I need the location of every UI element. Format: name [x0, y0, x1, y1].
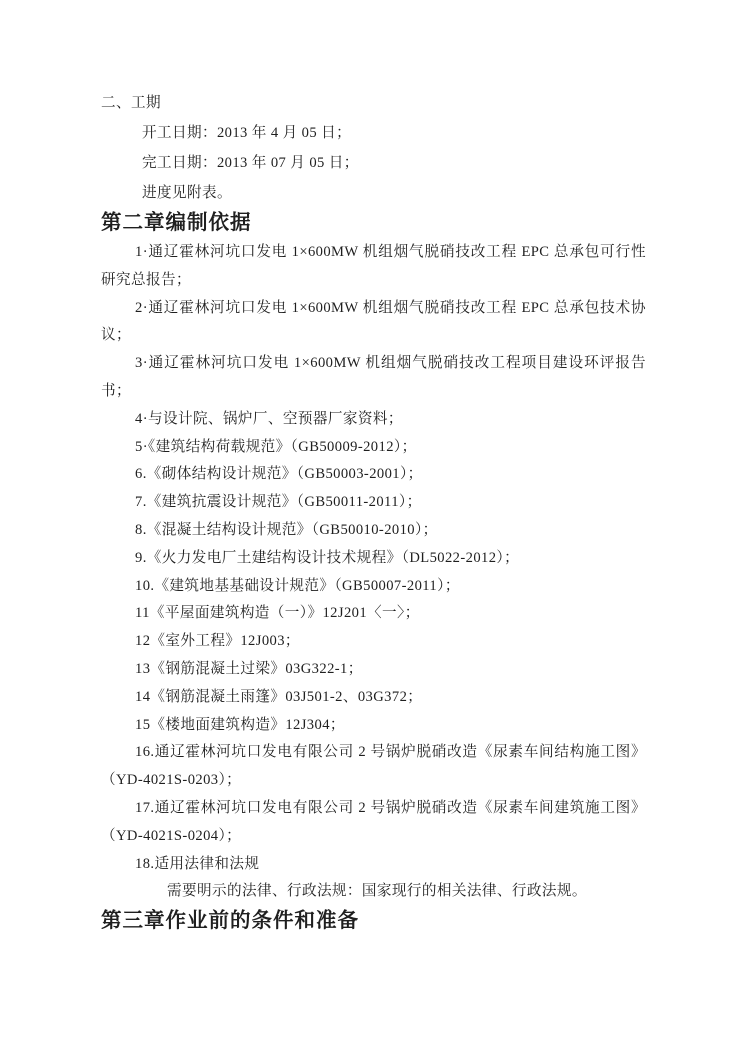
list-item: 8.《混凝土结构设计规范》（GB50010-2010）；	[101, 517, 646, 545]
list-item: 18.适用法律和法规	[101, 851, 646, 879]
list-item: 5·《建筑结构荷载规范》（GB50009-2012）；	[101, 434, 646, 462]
list-item: 3·通辽霍林河坑口发电 1×600MW 机组烟气脱硝技改工程项目建设环评报告书；	[101, 350, 646, 406]
body-line: 开工日期：2013 年 4 月 05 日；	[101, 118, 646, 148]
list-item: 15《楼地面建筑构造》12J304；	[101, 712, 646, 740]
body-line: 完工日期：2013 年 07 月 05 日；	[101, 148, 646, 178]
list-item: 4·与设计院、锅炉厂、空预器厂家资料；	[101, 406, 646, 434]
list-item: 11《平屋面建筑构造（一）》12J201〈一〉；	[101, 600, 646, 628]
list-item: 2·通辽霍林河坑口发电 1×600MW 机组烟气脱硝技改工程 EPC 总承包技术…	[101, 295, 646, 351]
list-item: 1·通辽霍林河坑口发电 1×600MW 机组烟气脱硝技改工程 EPC 总承包可行…	[101, 239, 646, 295]
list-item: 6.《砌体结构设计规范》（GB50003-2001）；	[101, 461, 646, 489]
document-body: 二、工期开工日期：2013 年 4 月 05 日；完工日期：2013 年 07 …	[101, 88, 646, 937]
list-item: 9.《火力发电厂土建结构设计技术规程》（DL5022-2012）；	[101, 545, 646, 573]
list-item: 10.《建筑地基基础设计规范》（GB50007-2011）；	[101, 573, 646, 601]
list-item: 17.通辽霍林河坑口发电有限公司 2 号锅炉脱硝改造《尿素车间建筑施工图》（YD…	[101, 795, 646, 851]
body-line: 进度见附表。	[101, 178, 646, 208]
chapter-heading: 第二章编制依据	[101, 208, 646, 239]
sub-note: 需要明示的法律、行政法规：国家现行的相关法律、行政法规。	[101, 878, 646, 906]
section-label: 二、工期	[101, 88, 646, 118]
list-item: 14《钢筋混凝土雨篷》03J501-2、03G372；	[101, 684, 646, 712]
list-item: 12《室外工程》12J003；	[101, 628, 646, 656]
list-item: 16.通辽霍林河坑口发电有限公司 2 号锅炉脱硝改造《尿素车间结构施工图》（YD…	[101, 739, 646, 795]
list-item: 13《钢筋混凝土过梁》03G322-1；	[101, 656, 646, 684]
list-item: 7.《建筑抗震设计规范》（GB50011-2011）；	[101, 489, 646, 517]
chapter-heading: 第三章作业前的条件和准备	[101, 906, 646, 937]
document-page: 二、工期开工日期：2013 年 4 月 05 日；完工日期：2013 年 07 …	[0, 0, 744, 1052]
